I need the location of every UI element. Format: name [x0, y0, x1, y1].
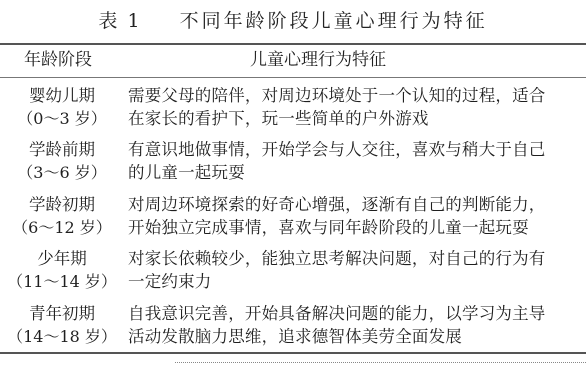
bottom-rule [0, 352, 586, 354]
stage-range: （3～6 岁） [6, 161, 118, 184]
table-row: 学龄前期 （3～6 岁） 有意识地做事情，开始学会与人交往，喜欢与稍大于自己 的… [0, 138, 586, 186]
header-age-stage: 年龄阶段 [24, 48, 92, 72]
description-cell: 对周边环境探索的好奇心增强，逐渐有自己的判断能力， 开始独立完成事情，喜欢与同年… [128, 193, 584, 239]
description-cell: 需要父母的陪伴，对周边环境处于一个认知的过程，适合 在家长的看护下，玩一些简单的… [128, 84, 584, 130]
description-line: 对周边环境探索的好奇心增强，逐渐有自己的判断能力， [128, 193, 584, 216]
stage-name: 学龄初期 [29, 195, 95, 214]
stage-cell: 学龄前期 （3～6 岁） [6, 138, 118, 184]
stage-range: （6～12 岁） [6, 216, 118, 239]
stage-cell: 学龄初期 （6～12 岁） [6, 193, 118, 239]
table-title: 不同年龄阶段儿童心理行为特征 [180, 10, 488, 32]
stage-cell: 少年期 （11～14 岁） [6, 247, 118, 293]
description-line: 对家长依赖较少，能独立思考解决问题，对自己的行为有 [128, 247, 584, 270]
description-line: 开始独立完成事情，喜欢与同年龄阶段的儿童一起玩耍 [128, 216, 584, 239]
description-line: 需要父母的陪伴，对周边环境处于一个认知的过程，适合 [128, 84, 584, 107]
table-number: 表 1 [98, 10, 141, 32]
table-caption: 表 1不同年龄阶段儿童心理行为特征 [0, 8, 586, 34]
description-line: 活动发散脑力思维，追求德智体美劳全面发展 [128, 325, 584, 348]
stage-name: 学龄前期 [29, 140, 95, 159]
description-cell: 对家长依赖较少，能独立思考解决问题，对自己的行为有 一定约束力 [128, 247, 584, 293]
description-cell: 自我意识完善，开始具备解决问题的能力，以学习为主导 活动发散脑力思维，追求德智体… [128, 302, 584, 348]
description-line: 一定约束力 [128, 270, 584, 293]
stage-name: 少年期 [37, 249, 87, 268]
table-row: 青年初期 （14～18 岁） 自我意识完善，开始具备解决问题的能力，以学习为主导… [0, 302, 586, 350]
description-line: 的儿童一起玩耍 [128, 161, 584, 184]
description-line: 在家长的看护下，玩一些简单的户外游戏 [128, 107, 584, 130]
header-rule [0, 77, 586, 78]
description-line: 自我意识完善，开始具备解决问题的能力，以学习为主导 [128, 302, 584, 325]
stage-name: 青年初期 [29, 304, 95, 323]
stage-range: （0～3 岁） [6, 107, 118, 130]
stage-name: 婴幼儿期 [29, 86, 95, 105]
description-cell: 有意识地做事情，开始学会与人交往，喜欢与稍大于自己 的儿童一起玩耍 [128, 138, 584, 184]
table-row: 少年期 （11～14 岁） 对家长依赖较少，能独立思考解决问题，对自己的行为有 … [0, 247, 586, 295]
stage-range: （14～18 岁） [6, 325, 118, 348]
header-characteristics: 儿童心理行为特征 [250, 48, 386, 72]
table-row: 婴幼儿期 （0～3 岁） 需要父母的陪伴，对周边环境处于一个认知的过程，适合 在… [0, 84, 586, 132]
description-line: 有意识地做事情，开始学会与人交往，喜欢与稍大于自己 [128, 138, 584, 161]
stage-cell: 青年初期 （14～18 岁） [6, 302, 118, 348]
footnote-dotted-rule [175, 362, 586, 363]
stage-cell: 婴幼儿期 （0～3 岁） [6, 84, 118, 130]
table-row: 学龄初期 （6～12 岁） 对周边环境探索的好奇心增强，逐渐有自己的判断能力， … [0, 193, 586, 241]
top-rule [0, 43, 586, 45]
stage-range: （11～14 岁） [6, 270, 118, 293]
